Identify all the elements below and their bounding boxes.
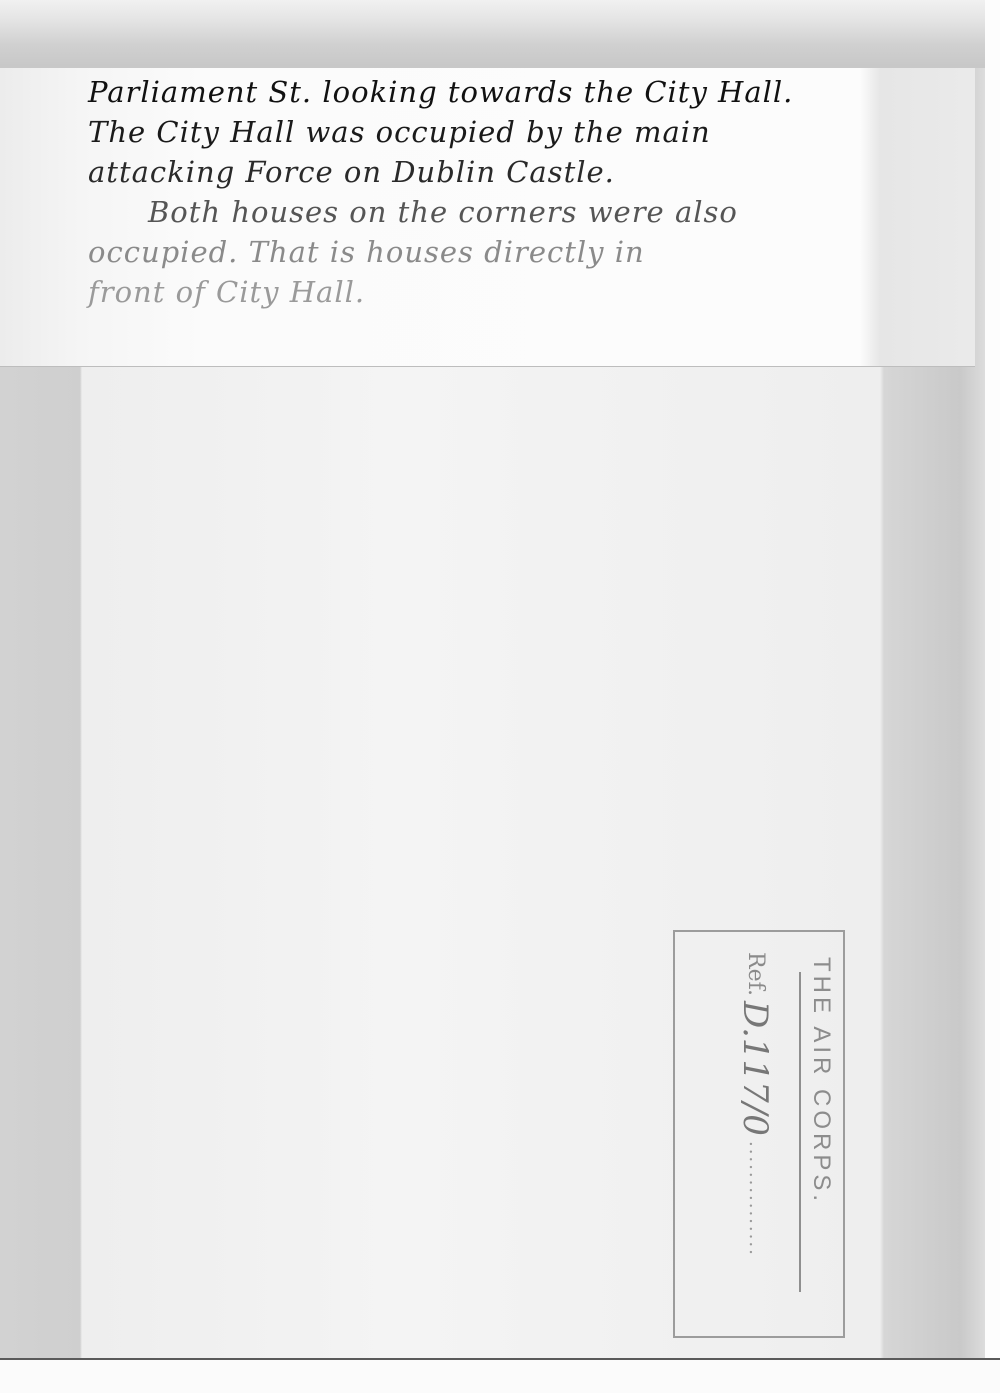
stamp-reference: Ref. D.117/0 ............... [695, 952, 775, 1312]
stamp-divider [799, 972, 801, 1292]
ref-dots: ............... [745, 1141, 766, 1257]
stamp-title: THE AIR CORPS. [805, 957, 835, 1317]
caption-line: Both houses on the corners were also [88, 192, 948, 232]
caption-line: occupied. That is houses directly in [88, 232, 948, 272]
ref-value: D.117/0 [735, 1001, 775, 1136]
caption-line: attacking Force on Dublin Castle. [88, 152, 948, 192]
handwritten-caption: Parliament St. looking towards the City … [88, 72, 948, 312]
air-corps-stamp: THE AIR CORPS. Ref. D.117/0 ............… [673, 930, 845, 1338]
caption-line: Parliament St. looking towards the City … [88, 72, 948, 112]
caption-line: front of City Hall. [88, 272, 948, 312]
sleeve-bottom-edge [0, 1358, 1000, 1393]
caption-line: The City Hall was occupied by the main [88, 112, 948, 152]
ref-label: Ref. [743, 952, 768, 996]
sleeve-top-fold [0, 0, 985, 68]
